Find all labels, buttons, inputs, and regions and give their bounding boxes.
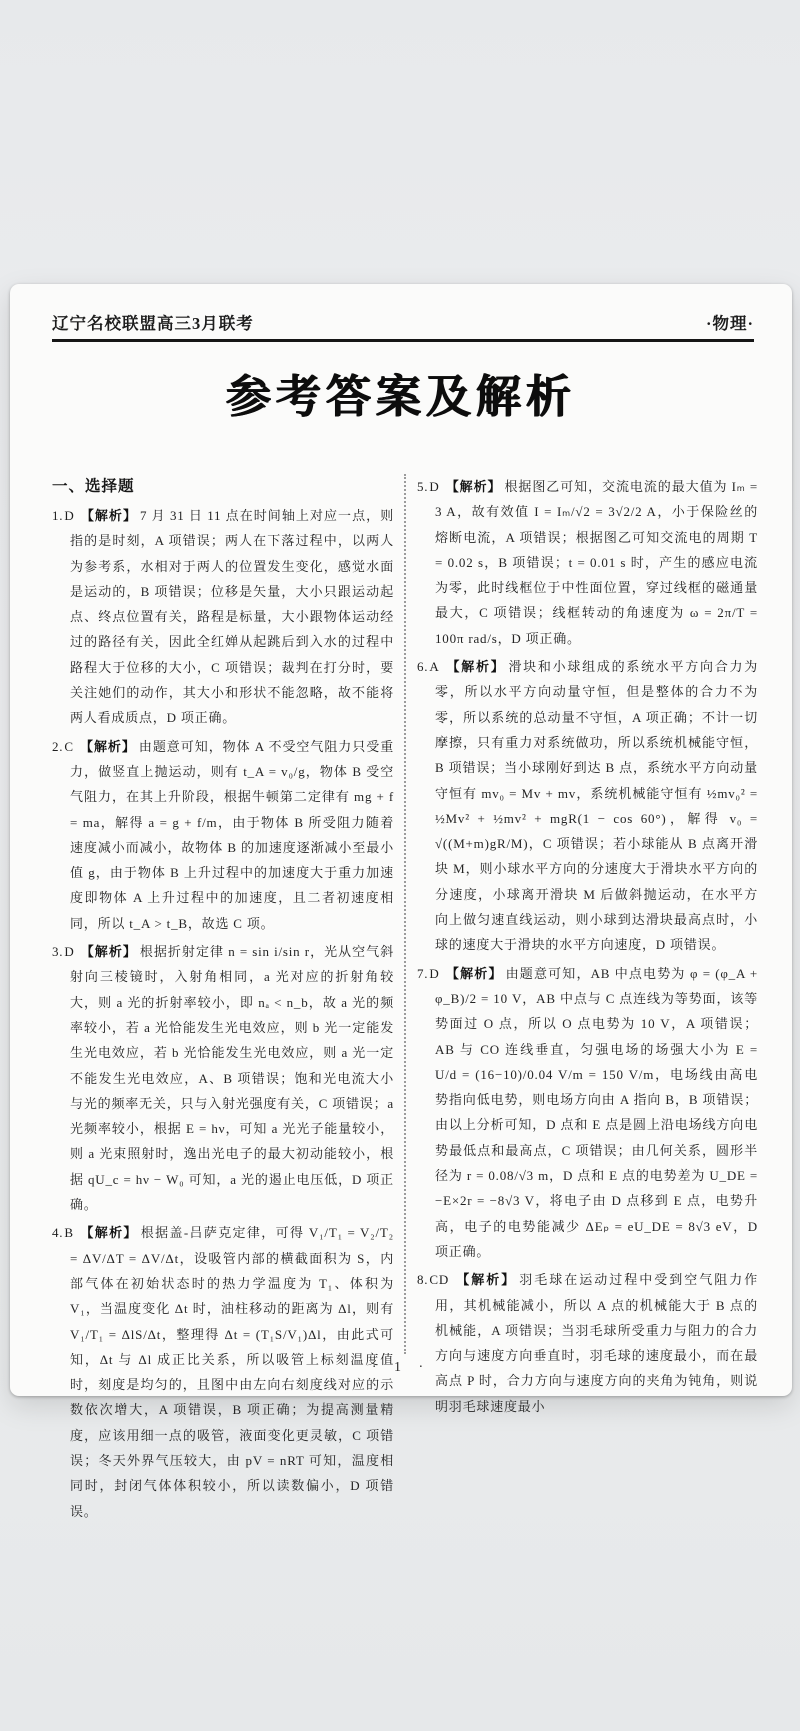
answer-letter: D bbox=[64, 944, 74, 959]
answer-item-5: 5.D【解析】根据图乙可知，交流电流的最大值为 Iₘ = 3 A，故有效值 I … bbox=[417, 474, 758, 651]
header-divider bbox=[52, 339, 754, 342]
analysis-tag: 【解析】 bbox=[81, 944, 137, 959]
question-number: 5. bbox=[417, 479, 428, 494]
analysis-tag: 【解析】 bbox=[81, 508, 137, 523]
answer-letter: CD bbox=[429, 1272, 449, 1287]
analysis-tag: 【解析】 bbox=[446, 966, 503, 981]
answer-letter: D bbox=[429, 479, 439, 494]
analysis-text: 根据折射定律 n = sin i/sin r，光从空气斜射向三棱镜时，入射角相同… bbox=[70, 944, 394, 1212]
answer-letter: D bbox=[64, 508, 74, 523]
page-title: 参考答案及解析 bbox=[10, 360, 792, 425]
analysis-tag: 【解析】 bbox=[446, 659, 506, 674]
content-columns: 一、选择题 1.D【解析】7 月 31 日 11 点在时间轴上对应一点，则指的是… bbox=[52, 474, 758, 1354]
answer-item-3: 3.D【解析】根据折射定律 n = sin i/sin r，光从空气斜射向三棱镜… bbox=[52, 939, 394, 1217]
analysis-tag: 【解析】 bbox=[80, 1225, 138, 1240]
question-number: 1. bbox=[52, 508, 63, 523]
page-number: · 1 · bbox=[10, 1360, 792, 1376]
answer-letter: A bbox=[429, 659, 439, 674]
answer-letter: B bbox=[64, 1225, 73, 1240]
analysis-tag: 【解析】 bbox=[80, 739, 136, 754]
answer-item-7: 7.D【解析】由题意可知，AB 中点电势为 φ = (φ_A + φ_B)/2 … bbox=[417, 961, 758, 1265]
analysis-text: 根据图乙可知，交流电流的最大值为 Iₘ = 3 A，故有效值 I = Iₘ/√2… bbox=[435, 479, 758, 646]
analysis-tag: 【解析】 bbox=[455, 1272, 516, 1287]
answer-item-2: 2.C【解析】由题意可知，物体 A 不受空气阻力只受重力，做竖直上抛运动，则有 … bbox=[52, 734, 394, 936]
answer-letter: C bbox=[64, 739, 73, 754]
question-number: 4. bbox=[52, 1225, 63, 1240]
question-number: 3. bbox=[52, 944, 63, 959]
answer-letter: D bbox=[429, 966, 439, 981]
analysis-text: 羽毛球在运动过程中受到空气阻力作用，其机械能减小，所以 A 点的机械能大于 B … bbox=[435, 1272, 758, 1413]
document-page: 辽宁名校联盟高三3月联考 ·物理· 参考答案及解析 一、选择题 1.D【解析】7… bbox=[10, 284, 792, 1396]
question-number: 2. bbox=[52, 739, 63, 754]
answer-item-8: 8.CD【解析】羽毛球在运动过程中受到空气阻力作用，其机械能减小，所以 A 点的… bbox=[417, 1267, 758, 1419]
analysis-text: 由题意可知，物体 A 不受空气阻力只受重力，做竖直上抛运动，则有 t_A = v… bbox=[70, 739, 394, 931]
question-number: 6. bbox=[417, 659, 428, 674]
page-header: 辽宁名校联盟高三3月联考 ·物理· bbox=[52, 312, 754, 334]
analysis-text: 由题意可知，AB 中点电势为 φ = (φ_A + φ_B)/2 = 10 V，… bbox=[435, 966, 758, 1259]
column-left: 一、选择题 1.D【解析】7 月 31 日 11 点在时间轴上对应一点，则指的是… bbox=[52, 474, 394, 1354]
analysis-text: 滑块和小球组成的系统水平方向合力为零，所以水平方向动量守恒，但是整体的合力不为零… bbox=[435, 659, 758, 952]
answer-item-1: 1.D【解析】7 月 31 日 11 点在时间轴上对应一点，则指的是时刻，A 项… bbox=[52, 503, 394, 731]
header-subject: ·物理· bbox=[706, 310, 754, 334]
section-title: 一、选择题 bbox=[52, 474, 394, 496]
analysis-text: 7 月 31 日 11 点在时间轴上对应一点，则指的是时刻，A 项错误；两人在下… bbox=[70, 508, 394, 725]
analysis-tag: 【解析】 bbox=[446, 479, 502, 494]
question-number: 7. bbox=[417, 966, 428, 981]
question-number: 8. bbox=[417, 1272, 428, 1287]
answer-item-6: 6.A【解析】滑块和小球组成的系统水平方向合力为零，所以水平方向动量守恒，但是整… bbox=[417, 654, 758, 958]
column-right: 5.D【解析】根据图乙可知，交流电流的最大值为 Iₘ = 3 A，故有效值 I … bbox=[417, 474, 758, 1354]
header-exam-name: 辽宁名校联盟高三3月联考 bbox=[52, 310, 254, 334]
column-divider bbox=[404, 474, 406, 1354]
